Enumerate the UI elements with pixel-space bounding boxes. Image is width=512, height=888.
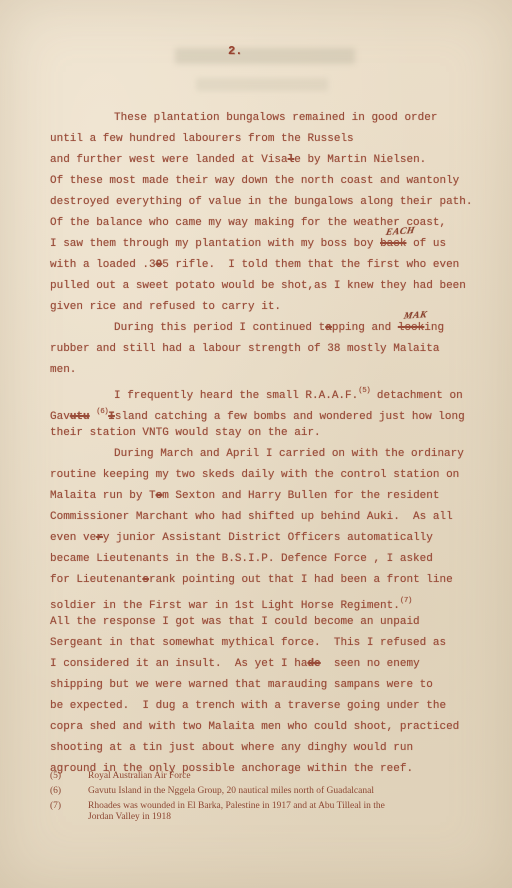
overstruck-text: r <box>96 532 103 544</box>
text-line: men. <box>50 360 478 381</box>
footnote-marker: (6) <box>96 408 108 416</box>
document-page: 2. These plantation bungalows remained i… <box>0 0 512 888</box>
text-line: I considered it an insult. As yet I hade… <box>50 654 478 675</box>
corrected-word: lookMAK <box>398 318 424 339</box>
overstruck-text: l <box>288 154 295 166</box>
text-line: routine keeping my two skeds daily with … <box>50 465 478 486</box>
text-line: Of these most made their way down the no… <box>50 171 478 192</box>
text-line: for Lieutenantsrank pointing out that I … <box>50 570 478 591</box>
text-line: copra shed and with two Malaita men who … <box>50 717 478 738</box>
text-line: Malaita run by Tom Sexton and Harry Bull… <box>50 486 478 507</box>
text-line: I saw them through my plantation with my… <box>50 234 478 255</box>
text-line: I frequently heard the small R.A.A.F.(5)… <box>50 381 478 402</box>
footnote-number: (7) <box>50 801 88 822</box>
overstruck-text: de <box>307 658 320 670</box>
overstruck-text: s <box>142 574 149 586</box>
text-line: Gavutu (6)Island catching a few bombs an… <box>50 402 478 423</box>
handwritten-annotation: MAK <box>402 305 429 328</box>
text-line: pulled out a sweet potato would be shot,… <box>50 276 478 297</box>
text-line: During March and April I carried on with… <box>50 444 478 465</box>
text-line: soldier in the First war in 1st Light Ho… <box>50 591 478 612</box>
footnote-text: Rhoades was wounded in El Barka, Palesti… <box>88 801 480 822</box>
bleed-through-ghost <box>196 78 328 91</box>
body-text: These plantation bungalows remained in g… <box>50 108 478 780</box>
footnote-number: (5) <box>50 771 88 782</box>
handwritten-annotation: EACH <box>384 221 417 244</box>
text-line: even very junior Assistant District Offi… <box>50 528 478 549</box>
footnotes: (5)Royal Australian Air Force(6)Gavutu I… <box>50 771 480 827</box>
text-line: Sergeant in that somewhat mythical force… <box>50 633 478 654</box>
overstruck-text: o <box>156 490 163 502</box>
text-line: All the response I got was that I could … <box>50 612 478 633</box>
overstruck-text: utu <box>70 411 90 423</box>
text-line: with a loaded .305 rifle. I told them th… <box>50 255 478 276</box>
bleed-through-ghost <box>175 48 355 64</box>
text-line: Commissioner Marchant who had shifted up… <box>50 507 478 528</box>
text-line: be expected. I dug a trench with a trave… <box>50 696 478 717</box>
text-line: their station VNTG would stay on the air… <box>50 423 478 444</box>
text-line: shooting at a tin just about where any d… <box>50 738 478 759</box>
text-line: until a few hundred labourers from the R… <box>50 129 478 150</box>
text-line: and further west were landed at Visale b… <box>50 150 478 171</box>
overstruck-text: a <box>325 322 332 334</box>
text-line: rubber and still had a labour strength o… <box>50 339 478 360</box>
overstruck-text: I <box>108 411 115 423</box>
text-line: destroyed everything of value in the bun… <box>50 192 478 213</box>
text-line: shipping but we were warned that maraudi… <box>50 675 478 696</box>
footnote: (5)Royal Australian Air Force <box>50 771 480 782</box>
footnote-text: Royal Australian Air Force <box>88 771 480 782</box>
text-line: During this period I continued tapping a… <box>50 318 478 339</box>
footnote-text: Gavutu Island in the Nggela Group, 20 na… <box>88 786 480 797</box>
corrected-word: backEACH <box>380 234 406 255</box>
footnote: (6)Gavutu Island in the Nggela Group, 20… <box>50 786 480 797</box>
page-number: 2. <box>228 44 242 58</box>
overstruck-text: 0 <box>156 259 163 271</box>
footnote: (7)Rhoades was wounded in El Barka, Pale… <box>50 801 480 822</box>
footnote-marker: (5) <box>358 387 370 395</box>
footnote-number: (6) <box>50 786 88 797</box>
text-line: These plantation bungalows remained in g… <box>50 108 478 129</box>
text-line: became Lieutenants in the B.S.I.P. Defen… <box>50 549 478 570</box>
footnote-marker: (7) <box>400 597 412 605</box>
